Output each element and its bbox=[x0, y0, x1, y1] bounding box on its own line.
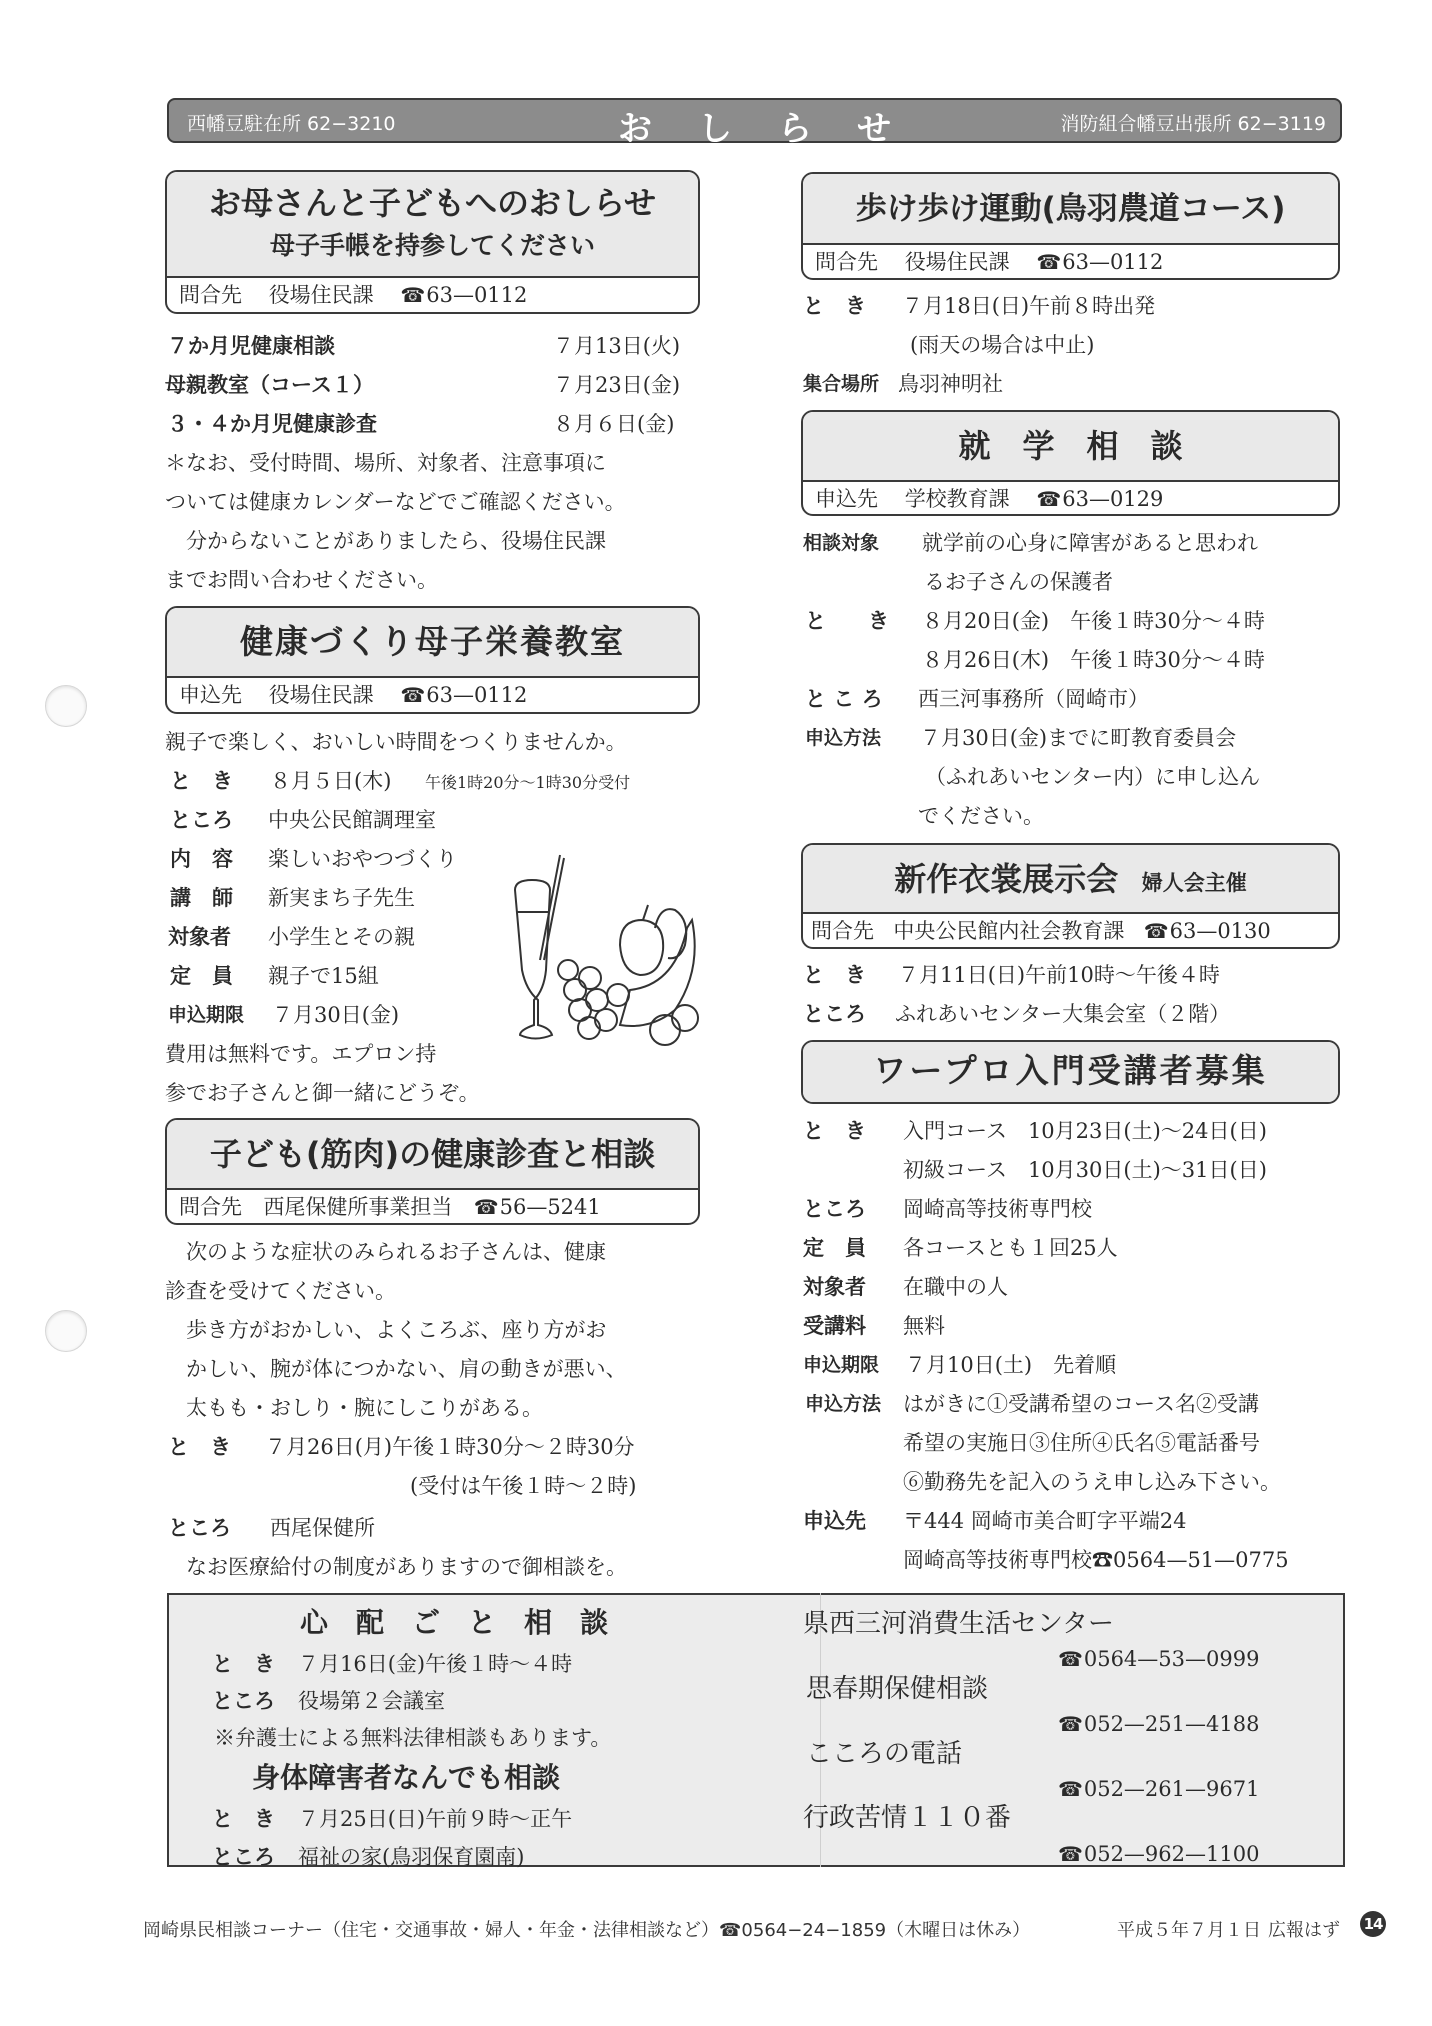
hotline-name: 県西三河消費生活センター bbox=[803, 1606, 1114, 1642]
detail-label: と き bbox=[170, 766, 233, 796]
phone-icon-number: 63—0112 bbox=[1036, 250, 1163, 274]
fashion-show-box: 新作衣裳展示会 婦人会主催 問合先 中央公民館内社会教育課 63—0130 bbox=[801, 843, 1340, 949]
note-line: までお問い合わせください。 bbox=[165, 565, 438, 595]
hotline-name: 思春期保健相談 bbox=[806, 1671, 988, 1707]
nutrition-class-box: 健康づくり母子栄養教室 申込先 役場住民課 63—0112 bbox=[165, 606, 700, 714]
detail-label: ところ bbox=[168, 1513, 231, 1543]
section-subtitle: 母子手帳を持参してください bbox=[167, 226, 698, 266]
paragraph-line: かしい、腕が体につかない、肩の動きが悪い、 bbox=[165, 1354, 627, 1384]
contact-line: 申込先 役場住民課 63—0112 bbox=[167, 678, 698, 712]
detail-label: と き bbox=[805, 606, 889, 636]
schedule-date: ７月23日(金) bbox=[553, 370, 680, 400]
section-title: 就 学 相 談 bbox=[803, 412, 1338, 480]
page-number-badge: 14 bbox=[1360, 1911, 1386, 1937]
detail-label: ところ bbox=[170, 805, 233, 835]
detail-label: 内 容 bbox=[170, 844, 233, 874]
detail-sub: (受付は午後１時〜２時) bbox=[410, 1471, 636, 1501]
detail-label: 集合場所 bbox=[803, 369, 879, 399]
detail-value: 就学前の心身に障害があると思われ bbox=[922, 528, 1258, 558]
detail-label: 申込先 bbox=[803, 1506, 866, 1536]
note-line: 参でお子さんと御一緒にどうぞ。 bbox=[165, 1078, 480, 1108]
detail-value: ７月10日(土) 先着順 bbox=[905, 1350, 1116, 1380]
schedule-date: ７月13日(火) bbox=[553, 331, 680, 361]
hotline-tel: 052—962—1100 bbox=[1058, 1839, 1259, 1869]
juice-and-fruit-illustration bbox=[480, 850, 700, 1050]
walking-event-box: 歩け歩け運動(鳥羽農道コース) 問合先 役場住民課 63—0112 bbox=[801, 172, 1340, 280]
detail-value: 楽しいおやつづくり bbox=[268, 844, 457, 874]
detail-sub: (雨天の場合は中止) bbox=[910, 330, 1094, 360]
title-band: 新作衣裳展示会 婦人会主催 bbox=[803, 845, 1338, 914]
contact-line: 問合先 役場住民課 63—0112 bbox=[803, 245, 1338, 279]
detail-value: ７月16日(金)午後１時〜４時 bbox=[298, 1649, 572, 1679]
schedule-event: ７か月児健康相談 bbox=[167, 331, 335, 361]
note-line: 費用は無料です。エプロン持 bbox=[165, 1039, 436, 1069]
detail-extra: 午後1時20分〜1時30分受付 bbox=[425, 768, 630, 798]
schedule-event: 母親教室（コース１） bbox=[165, 370, 374, 400]
title-band: お母さんと子どもへのおしらせ 母子手帳を持参してください bbox=[167, 172, 698, 278]
detail-label: と き bbox=[803, 291, 866, 321]
paragraph-line: 太もも・おしり・腕にしこりがある。 bbox=[165, 1393, 543, 1423]
detail-value: 入門コース 10月23日(土)〜24日(日) bbox=[903, 1116, 1267, 1146]
detail-value: 各コースとも１回25人 bbox=[903, 1233, 1118, 1263]
detail-label: 対象者 bbox=[168, 922, 231, 952]
detail-value: 西尾保健所 bbox=[270, 1513, 375, 1543]
detail-label: 申込方法 bbox=[805, 723, 881, 753]
detail-value: 岡崎高等技術専門校☎0564—51—0775 bbox=[903, 1545, 1289, 1575]
contact-line: 問合先 中央公民館内社会教育課 63—0130 bbox=[803, 914, 1338, 948]
detail-label: と き bbox=[168, 1432, 231, 1462]
detail-label: ところ bbox=[803, 1194, 866, 1224]
phone-icon-number: 63—0129 bbox=[1036, 487, 1163, 511]
word-processor-course-box: ワープロ入門受講者募集 bbox=[801, 1040, 1340, 1104]
detail-value: 岡崎高等技術専門校 bbox=[903, 1194, 1092, 1224]
footer-publication: 広報はず bbox=[1268, 1916, 1340, 1942]
paragraph-line: 歩き方がおかしい、よくころぶ、座り方がお bbox=[165, 1315, 606, 1345]
title-band: 歩け歩け運動(鳥羽農道コース) bbox=[803, 174, 1338, 245]
phone-icon-number: 63—0130 bbox=[1144, 919, 1271, 943]
section-title: 子ども(筋肉)の健康診査と相談 bbox=[167, 1120, 698, 1188]
note-line: ※弁護士による無料法律相談もあります。 bbox=[214, 1723, 611, 1753]
detail-value: 親子で15組 bbox=[268, 961, 379, 991]
section-title: お母さんと子どもへのおしらせ bbox=[167, 180, 698, 226]
phone-icon-number: 56—5241 bbox=[474, 1195, 601, 1219]
contact-line: 問合先 役場住民課 63—0112 bbox=[167, 278, 698, 312]
paragraph-line: 診査を受けてください。 bbox=[165, 1276, 396, 1306]
worry-consultation-title: 心 配 ご と 相 談 bbox=[300, 1603, 608, 1643]
paragraph-line: 次のような症状のみられるお子さんは、健康 bbox=[165, 1237, 606, 1267]
detail-label: と き bbox=[212, 1804, 275, 1834]
detail-value: はがきに①受講希望のコース名②受講 bbox=[903, 1389, 1259, 1419]
detail-value: 無料 bbox=[903, 1311, 945, 1341]
phone-icon-number: 63—0112 bbox=[400, 683, 527, 707]
detail-value: ７月26日(月)午後１時30分〜２時30分 bbox=[265, 1432, 635, 1462]
detail-value: ８月20日(金) 午後１時30分〜４時 bbox=[922, 606, 1265, 636]
title-band: 健康づくり母子栄養教室 bbox=[167, 608, 698, 678]
fire-station-phone: 消防組合幡豆出張所 62−3119 bbox=[1061, 109, 1327, 136]
muscle-checkup-box: 子ども(筋肉)の健康診査と相談 問合先 西尾保健所事業担当 56—5241 bbox=[165, 1118, 700, 1225]
detail-label: 対象者 bbox=[803, 1272, 866, 1302]
detail-value: ふれあいセンター大集会室（２階） bbox=[895, 999, 1230, 1029]
detail-label: と き bbox=[803, 960, 866, 990]
detail-label: 定 員 bbox=[170, 961, 233, 991]
note-line: ＊なお、受付時間、場所、対象者、注意事項に bbox=[165, 448, 606, 478]
note-line: ついては健康カレンダーなどでご確認ください。 bbox=[165, 487, 626, 517]
contact-line: 問合先 西尾保健所事業担当 56—5241 bbox=[167, 1190, 698, 1224]
detail-value: 小学生とその親 bbox=[268, 922, 415, 952]
detail-label: 申込方法 bbox=[805, 1389, 881, 1419]
detail-label: 相談対象 bbox=[803, 528, 879, 558]
detail-value: ７月25日(日)午前９時〜正午 bbox=[298, 1804, 572, 1834]
footer-date: 平成５年７月１日 bbox=[1117, 1916, 1261, 1942]
detail-label: ところ bbox=[803, 999, 866, 1029]
schedule-date: ８月６日(金) bbox=[553, 409, 674, 439]
detail-value: ⑥勤務先を記入のうえ申し込み下さい。 bbox=[903, 1467, 1281, 1497]
detail-label: と こ ろ bbox=[805, 684, 883, 714]
title-band: ワープロ入門受講者募集 bbox=[803, 1042, 1338, 1104]
detail-label: 講 師 bbox=[170, 883, 233, 913]
phone-icon-number: 63—0112 bbox=[400, 283, 527, 307]
hotline-name: 行政苦情１１０番 bbox=[803, 1800, 1011, 1836]
note-line: 分からないことがありましたら、役場住民課 bbox=[165, 526, 606, 556]
contact-line: 申込先 学校教育課 63—0129 bbox=[803, 482, 1338, 516]
intro-text: 親子で楽しく、おいしい時間をつくりませんか。 bbox=[165, 727, 627, 757]
disabled-consultation-title: 身体障害者なんでも相談 bbox=[252, 1758, 560, 1798]
detail-value: 西三河事務所（岡崎市） bbox=[918, 684, 1149, 714]
section-title: 健康づくり母子栄養教室 bbox=[167, 608, 698, 676]
detail-value: 中央公民館調理室 bbox=[268, 805, 436, 835]
detail-value: ７月11日(日)午前10時〜午後４時 bbox=[898, 960, 1220, 990]
detail-value: でください。 bbox=[918, 801, 1044, 831]
detail-value: 初級コース 10月30日(土)〜31日(日) bbox=[903, 1155, 1267, 1185]
detail-label: ところ bbox=[212, 1842, 275, 1872]
section-title: 歩け歩け運動(鳥羽農道コース) bbox=[803, 174, 1338, 244]
detail-label: 定 員 bbox=[803, 1233, 866, 1263]
detail-label: 申込期限 bbox=[168, 1000, 244, 1030]
punch-hole bbox=[45, 685, 87, 727]
detail-value: 福祉の家(鳥羽保育園南) bbox=[298, 1842, 524, 1872]
detail-label: と き bbox=[803, 1116, 866, 1146]
detail-value: 在職中の人 bbox=[903, 1272, 1008, 1302]
hotline-name: こころの電話 bbox=[806, 1736, 962, 1772]
detail-label: と き bbox=[212, 1649, 275, 1679]
detail-value: ７月30日(金)までに町教育委員会 bbox=[920, 723, 1236, 753]
detail-value: 鳥羽神明社 bbox=[898, 369, 1003, 399]
section-title: 新作衣裳展示会 bbox=[894, 860, 1118, 898]
organizer-label: 婦人会主催 bbox=[1142, 871, 1247, 895]
title-band: 就 学 相 談 bbox=[803, 412, 1338, 482]
detail-value: 新実まち子先生 bbox=[268, 883, 415, 913]
detail-value: 役場第２会議室 bbox=[298, 1686, 445, 1716]
punch-hole bbox=[45, 1310, 87, 1352]
hotline-tel: 052—261—9671 bbox=[1058, 1774, 1259, 1804]
hotline-tel: 052—251—4188 bbox=[1058, 1709, 1259, 1739]
detail-label: 受講料 bbox=[803, 1311, 866, 1341]
detail-value: ７月18日(日)午前８時出発 bbox=[902, 291, 1155, 321]
detail-label: ところ bbox=[212, 1686, 275, 1716]
footer-consultation-corner: 岡崎県民相談コーナー（住宅・交通事故・婦人・年金・法律相談など）☎0564−24… bbox=[143, 1916, 1030, 1942]
detail-label: 申込期限 bbox=[803, 1350, 879, 1380]
detail-value: ８月26日(木) 午後１時30分〜４時 bbox=[922, 645, 1265, 675]
detail-value: 〒444 岡崎市美合町字平端24 bbox=[903, 1506, 1186, 1536]
detail-value: ８月５日(木) bbox=[270, 766, 391, 796]
detail-value: 希望の実施日③住所④氏名⑤電話番号 bbox=[903, 1428, 1260, 1458]
schedule-event: ３・４か月児健康診査 bbox=[167, 409, 377, 439]
detail-value: るお子さんの保護者 bbox=[924, 567, 1113, 597]
school-consultation-box: 就 学 相 談 申込先 学校教育課 63—0129 bbox=[801, 410, 1340, 516]
section-title: ワープロ入門受講者募集 bbox=[803, 1042, 1338, 1100]
header-bar: 西幡豆駐在所 62−3210 おしらせ 消防組合幡豆出張所 62−3119 bbox=[167, 98, 1342, 143]
note-line: なお医療給付の制度がありますので御相談を。 bbox=[165, 1552, 627, 1582]
detail-value: （ふれあいセンター内）に申し込ん bbox=[925, 762, 1260, 792]
title-band: 子ども(筋肉)の健康診査と相談 bbox=[167, 1120, 698, 1190]
detail-value: ７月30日(金) bbox=[272, 1000, 399, 1030]
mother-child-notice-box: お母さんと子どもへのおしらせ 母子手帳を持参してください 問合先 役場住民課 6… bbox=[165, 170, 700, 314]
hotline-tel: 0564—53—0999 bbox=[1058, 1644, 1259, 1674]
